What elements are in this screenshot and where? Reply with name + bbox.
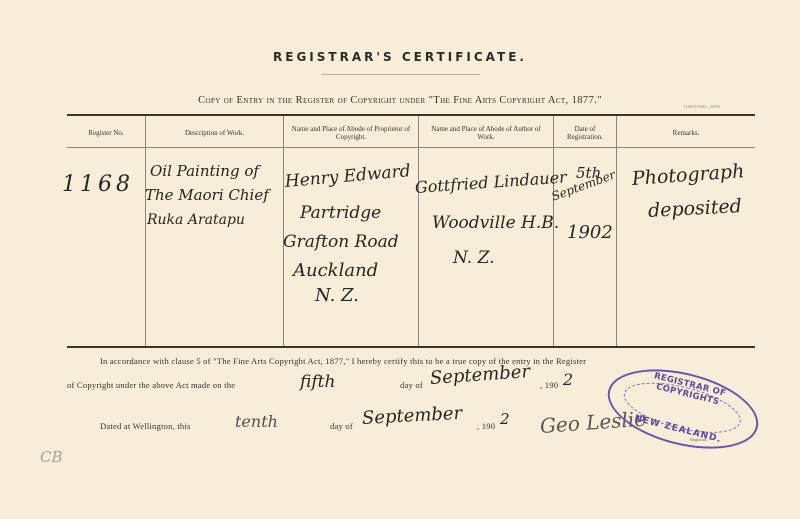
proprietor-line: Henry Edward — [284, 161, 411, 192]
clerk-initials: CB — [40, 448, 63, 466]
registrar-stamp: REGISTRAR OF COPYRIGHTS NEW ZEALAND. — [600, 355, 767, 462]
made-year-suffix: 2 — [563, 370, 573, 389]
proprietor-line: Auckland — [293, 260, 378, 281]
dated-year-prefix: , 190 — [477, 421, 495, 431]
author-line: Gottfried Lindauer — [414, 167, 567, 197]
description-line: Oil Painting of — [150, 162, 259, 180]
header-remarks: Remarks. — [617, 120, 755, 146]
header-description: Description of Work. — [146, 120, 283, 146]
certification-text-line2: of Copyright under the above Act made on… — [67, 380, 235, 390]
registrar-label: Registrar. — [690, 437, 707, 442]
column-divider — [418, 116, 419, 346]
certificate-paper: REGISTRAR'S CERTIFICATE. Copy of Entry i… — [0, 0, 800, 519]
dated-year-suffix: 2 — [500, 410, 510, 428]
author-line: Woodville H.B. — [432, 213, 559, 233]
dated-day-of-label: day of — [330, 421, 353, 431]
column-divider — [283, 116, 284, 346]
header-author: Name and Place of Abode of Author of Wor… — [425, 120, 547, 146]
header-bottom-rule — [67, 147, 755, 148]
proprietor-line: Partridge — [300, 203, 381, 223]
table-top-rule — [67, 114, 755, 116]
column-divider — [616, 116, 617, 346]
author-line: N. Z. — [453, 248, 495, 268]
proprietor-line: Grafton Road — [283, 232, 399, 252]
remarks-line: Photograph — [631, 160, 745, 190]
proprietor-line: N. Z. — [315, 285, 359, 306]
form-code: [1907]/1902—5576 — [684, 104, 720, 109]
certificate-subtitle: Copy of Entry in the Register of Copyrig… — [0, 95, 800, 106]
title-divider — [322, 74, 480, 75]
made-day: fifth — [300, 372, 335, 392]
made-year-prefix: , 190 — [540, 380, 558, 390]
registration-year: 1902 — [567, 222, 613, 243]
register-number: 1168 — [62, 172, 134, 197]
table-bottom-rule — [67, 346, 755, 348]
column-divider — [145, 116, 146, 346]
dated-at-text: Dated at Wellington, this — [100, 421, 191, 431]
certificate-title: REGISTRAR'S CERTIFICATE. — [0, 50, 800, 64]
header-date: Date of Registration. — [560, 120, 610, 146]
header-proprietor: Name and Place of Abode of Proprietor of… — [290, 120, 412, 146]
day-of-label: day of — [400, 380, 423, 390]
description-line: The Maori Chief — [145, 186, 269, 204]
dated-month: September — [361, 403, 462, 429]
header-register-no: Register No. — [67, 120, 145, 146]
remarks-line: deposited — [647, 195, 742, 222]
description-line: Ruka Aratapu — [147, 212, 245, 228]
dated-day: tenth — [235, 412, 278, 431]
